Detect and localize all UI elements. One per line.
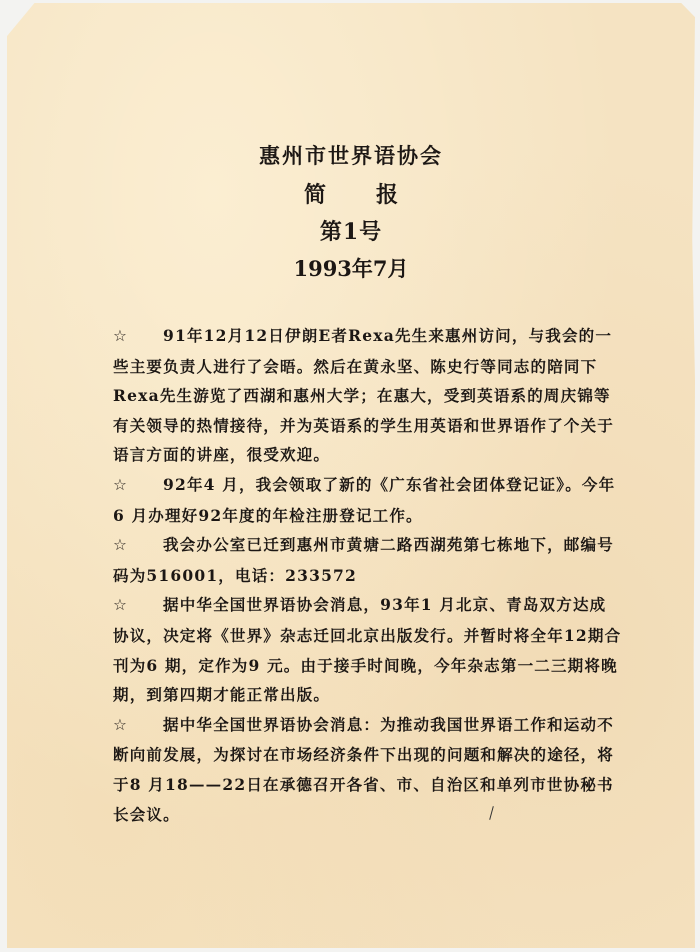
star-bullet-icon: ☆ bbox=[113, 322, 163, 352]
star-bullet-icon: ☆ bbox=[113, 591, 163, 621]
bulletin-item-text: 91年12月12日伊朗E者Rexa先生来惠州访问，与我会的一些主要负责人进行了会… bbox=[113, 326, 614, 464]
doc-type-char-2: 报 bbox=[376, 178, 398, 209]
bulletin-item: ☆我会办公室已迁到惠州市黄塘二路西湖苑第七栋地下，邮编号码为516001，电话：… bbox=[113, 530, 623, 590]
star-bullet-icon: ☆ bbox=[113, 471, 163, 501]
document-type-heading: 简报 bbox=[7, 178, 695, 209]
bulletin-item-text: 我会办公室已迁到惠州市黄塘二路西湖苑第七栋地下，邮编号码为516001，电话：2… bbox=[113, 535, 614, 585]
bulletin-body: ☆91年12月12日伊朗E者Rexa先生来惠州访问，与我会的一些主要负责人进行了… bbox=[113, 321, 623, 829]
star-bullet-icon: ☆ bbox=[113, 531, 163, 561]
issue-date: 1993年7月 bbox=[7, 253, 695, 283]
bulletin-item: ☆据中华全国世界语协会消息，93年1 月北京、青岛双方达成协议，决定将《世界》杂… bbox=[113, 590, 623, 709]
star-bullet-icon: ☆ bbox=[113, 711, 163, 741]
bulletin-item-text: 据中华全国世界语协会消息：为推动我国世界语工作和运动不断向前发展，为探讨在市场经… bbox=[113, 715, 614, 824]
bulletin-item-text: 据中华全国世界语协会消息，93年1 月北京、青岛双方达成协议，决定将《世界》杂志… bbox=[113, 595, 621, 704]
bulletin-item: ☆92年4 月，我会领取了新的《广东省社会团体登记证》。今年6 月办理好92年度… bbox=[113, 470, 623, 530]
organization-title: 惠州市世界语协会 bbox=[7, 140, 695, 170]
bulletin-item: ☆据中华全国世界语协会消息：为推动我国世界语工作和运动不断向前发展，为探讨在市场… bbox=[113, 710, 623, 829]
document-page: 惠州市世界语协会 简报 第1号 1993年7月 ☆91年12月12日伊朗E者Re… bbox=[7, 3, 695, 948]
bulletin-item: ☆91年12月12日伊朗E者Rexa先生来惠州访问，与我会的一些主要负责人进行了… bbox=[113, 321, 623, 470]
bulletin-item-text: 92年4 月，我会领取了新的《广东省社会团体登记证》。今年6 月办理好92年度的… bbox=[113, 475, 615, 525]
doc-type-char-1: 简 bbox=[304, 178, 326, 209]
issue-number: 第1号 bbox=[7, 215, 695, 246]
